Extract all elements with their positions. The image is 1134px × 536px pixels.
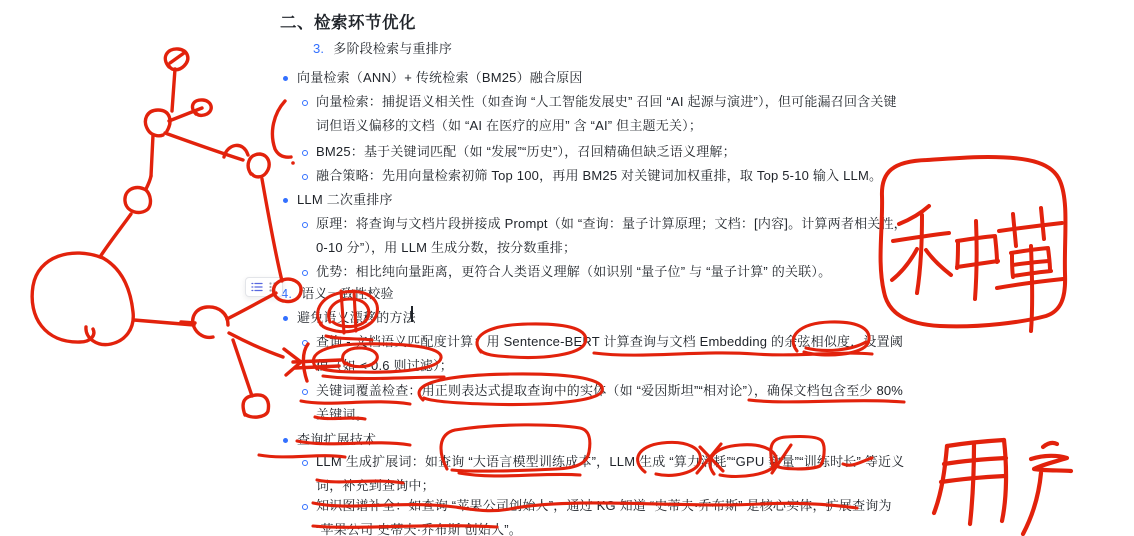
bullet-avoid-drift[interactable]: 避免语义漂移的方法 — [297, 306, 857, 330]
page-title: 二、检索环节优化 — [280, 12, 416, 34]
drag-handle-icon[interactable] — [268, 281, 277, 293]
stray-red-dot — [291, 161, 295, 165]
sub-bullet-principle[interactable]: 原理：将查询与文档片段拼接成 Prompt（如 “查询：量子计算原理；文档：[内… — [316, 212, 908, 260]
sub-bullet-keyword-coverage[interactable]: 关键词覆盖检查：用正则表达式提取查询中的实体（如 “爱因斯坦”“相对论”），确保… — [316, 379, 908, 427]
bullet-llm-rerank[interactable]: LLM 二次重排序 — [297, 188, 857, 212]
list-number: 3. — [313, 41, 324, 56]
bullet-query-expansion[interactable]: 查询扩展技术 — [297, 428, 857, 452]
sub-bullet-fusion-strategy[interactable]: 融合策略：先用向量检索初筛 Top 100，再用 BM25 对关键词加权重排，取… — [316, 164, 908, 188]
sub-bullet-advantage[interactable]: 优势：相比纯向量距离，更符合人类语义理解（如识别 “量子位” 与 “量子计算” … — [316, 260, 908, 284]
sub-bullet-vector-recall[interactable]: 向量检索：捕捉语义相关性（如查询 “人工智能发展史” 召回 “AI 起源与演进”… — [316, 90, 908, 138]
sub-bullet-bm25[interactable]: BM25：基于关键词匹配（如 “发展”“历史”），召回精确但缺乏语义理解； — [316, 140, 908, 164]
heading-multistage[interactable]: 3.多阶段检索与重排序 — [313, 37, 452, 61]
heading-semantic-check[interactable]: 4.语义一致性校验 — [281, 282, 394, 306]
sub-bullet-semantic-match[interactable]: 查询 - 文档语义匹配度计算：用 Sentence-BERT 计算查询与文档 E… — [316, 330, 908, 378]
sketch-node-graph — [32, 49, 291, 417]
ordered-list-icon[interactable] — [251, 281, 263, 293]
block-toolbar — [245, 277, 283, 297]
sub-bullet-llm-expansion[interactable]: LLM 生成扩展词：如查询 “大语言模型训练成本”，LLM 生成 “算力消耗”“… — [316, 450, 908, 498]
bullet-fusion-reason[interactable]: 向量检索（ANN）+ 传统检索（BM25）融合原因 — [297, 66, 857, 90]
text-cursor — [411, 306, 413, 322]
document-page: 二、检索环节优化 3.多阶段检索与重排序 向量检索（ANN）+ 传统检索（BM2… — [0, 0, 1134, 536]
sub-bullet-kg-completion[interactable]: 知识图谱补全：如查询 “苹果公司创始人”，通过 KG 知道 “史蒂夫·乔布斯” … — [316, 494, 908, 536]
